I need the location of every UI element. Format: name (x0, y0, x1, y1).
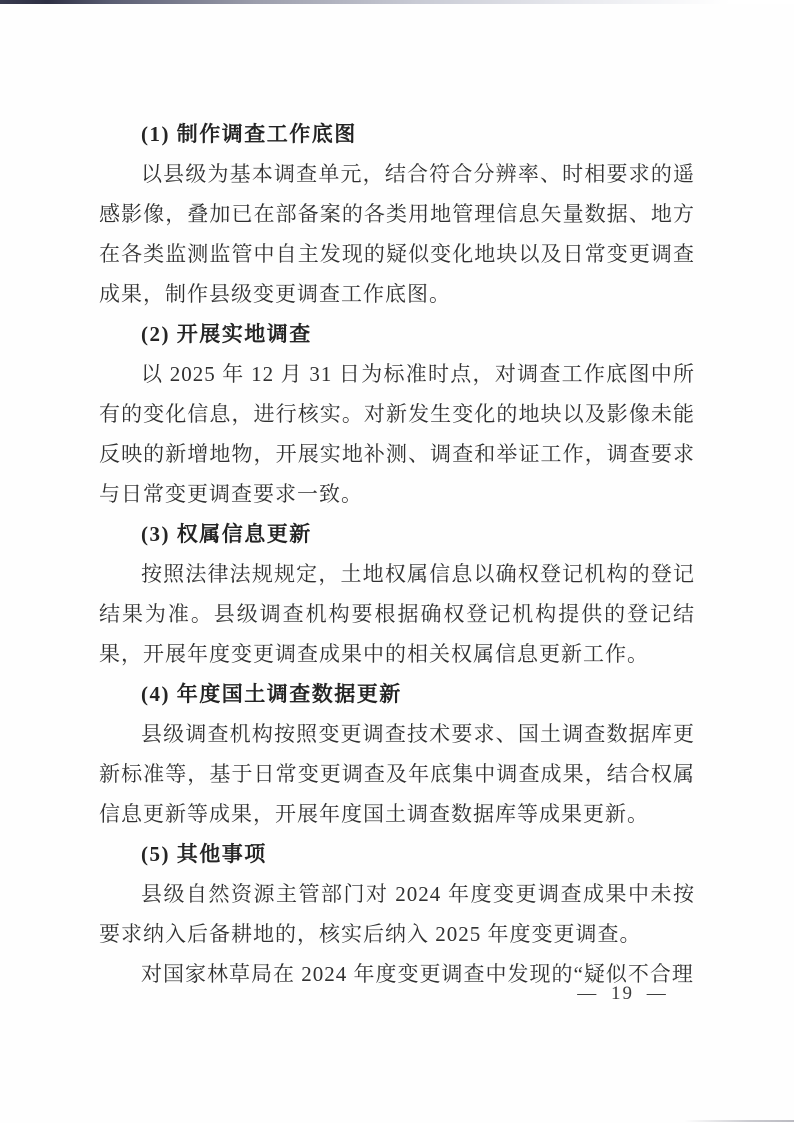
section-3-paragraph-1: 按照法律法规规定，土地权属信息以确权登记机构的登记结果为准。县级调查机构要根据确… (99, 554, 695, 674)
section-1-heading: (1) 制作调查工作底图 (99, 114, 695, 154)
section-4: (4) 年度国土调查数据更新 县级调查机构按照变更调查技术要求、国土调查数据库更… (99, 674, 695, 834)
section-1-paragraph-1: 以县级为基本调查单元，结合符合分辨率、时相要求的遥感影像，叠加已在部备案的各类用… (99, 154, 695, 314)
section-3: (3) 权属信息更新 按照法律法规规定，土地权属信息以确权登记机构的登记结果为准… (99, 514, 695, 674)
section-5-paragraph-1: 县级自然资源主管部门对 2024 年度变更调查成果中未按要求纳入后备耕地的，核实… (99, 874, 695, 954)
section-2: (2) 开展实地调查 以 2025 年 12 月 31 日为标准时点，对调查工作… (99, 314, 695, 514)
section-1: (1) 制作调查工作底图 以县级为基本调查单元，结合符合分辨率、时相要求的遥感影… (99, 114, 695, 314)
section-4-heading: (4) 年度国土调查数据更新 (99, 674, 695, 714)
scan-artifact-top-edge (0, 0, 794, 4)
document-body: (1) 制作调查工作底图 以县级为基本调查单元，结合符合分辨率、时相要求的遥感影… (99, 114, 695, 994)
scan-artifact-bottom-edge (684, 1120, 794, 1122)
section-2-heading: (2) 开展实地调查 (99, 314, 695, 354)
section-5-heading: (5) 其他事项 (99, 834, 695, 874)
section-3-heading: (3) 权属信息更新 (99, 514, 695, 554)
section-2-paragraph-1: 以 2025 年 12 月 31 日为标准时点，对调查工作底图中所有的变化信息，… (99, 354, 695, 514)
page-number: — 19 — (575, 983, 670, 1005)
section-4-paragraph-1: 县级调查机构按照变更调查技术要求、国土调查数据库更新标准等，基于日常变更调查及年… (99, 714, 695, 834)
section-5: (5) 其他事项 县级自然资源主管部门对 2024 年度变更调查成果中未按要求纳… (99, 834, 695, 994)
document-page: (1) 制作调查工作底图 以县级为基本调查单元，结合符合分辨率、时相要求的遥感影… (0, 0, 794, 1123)
